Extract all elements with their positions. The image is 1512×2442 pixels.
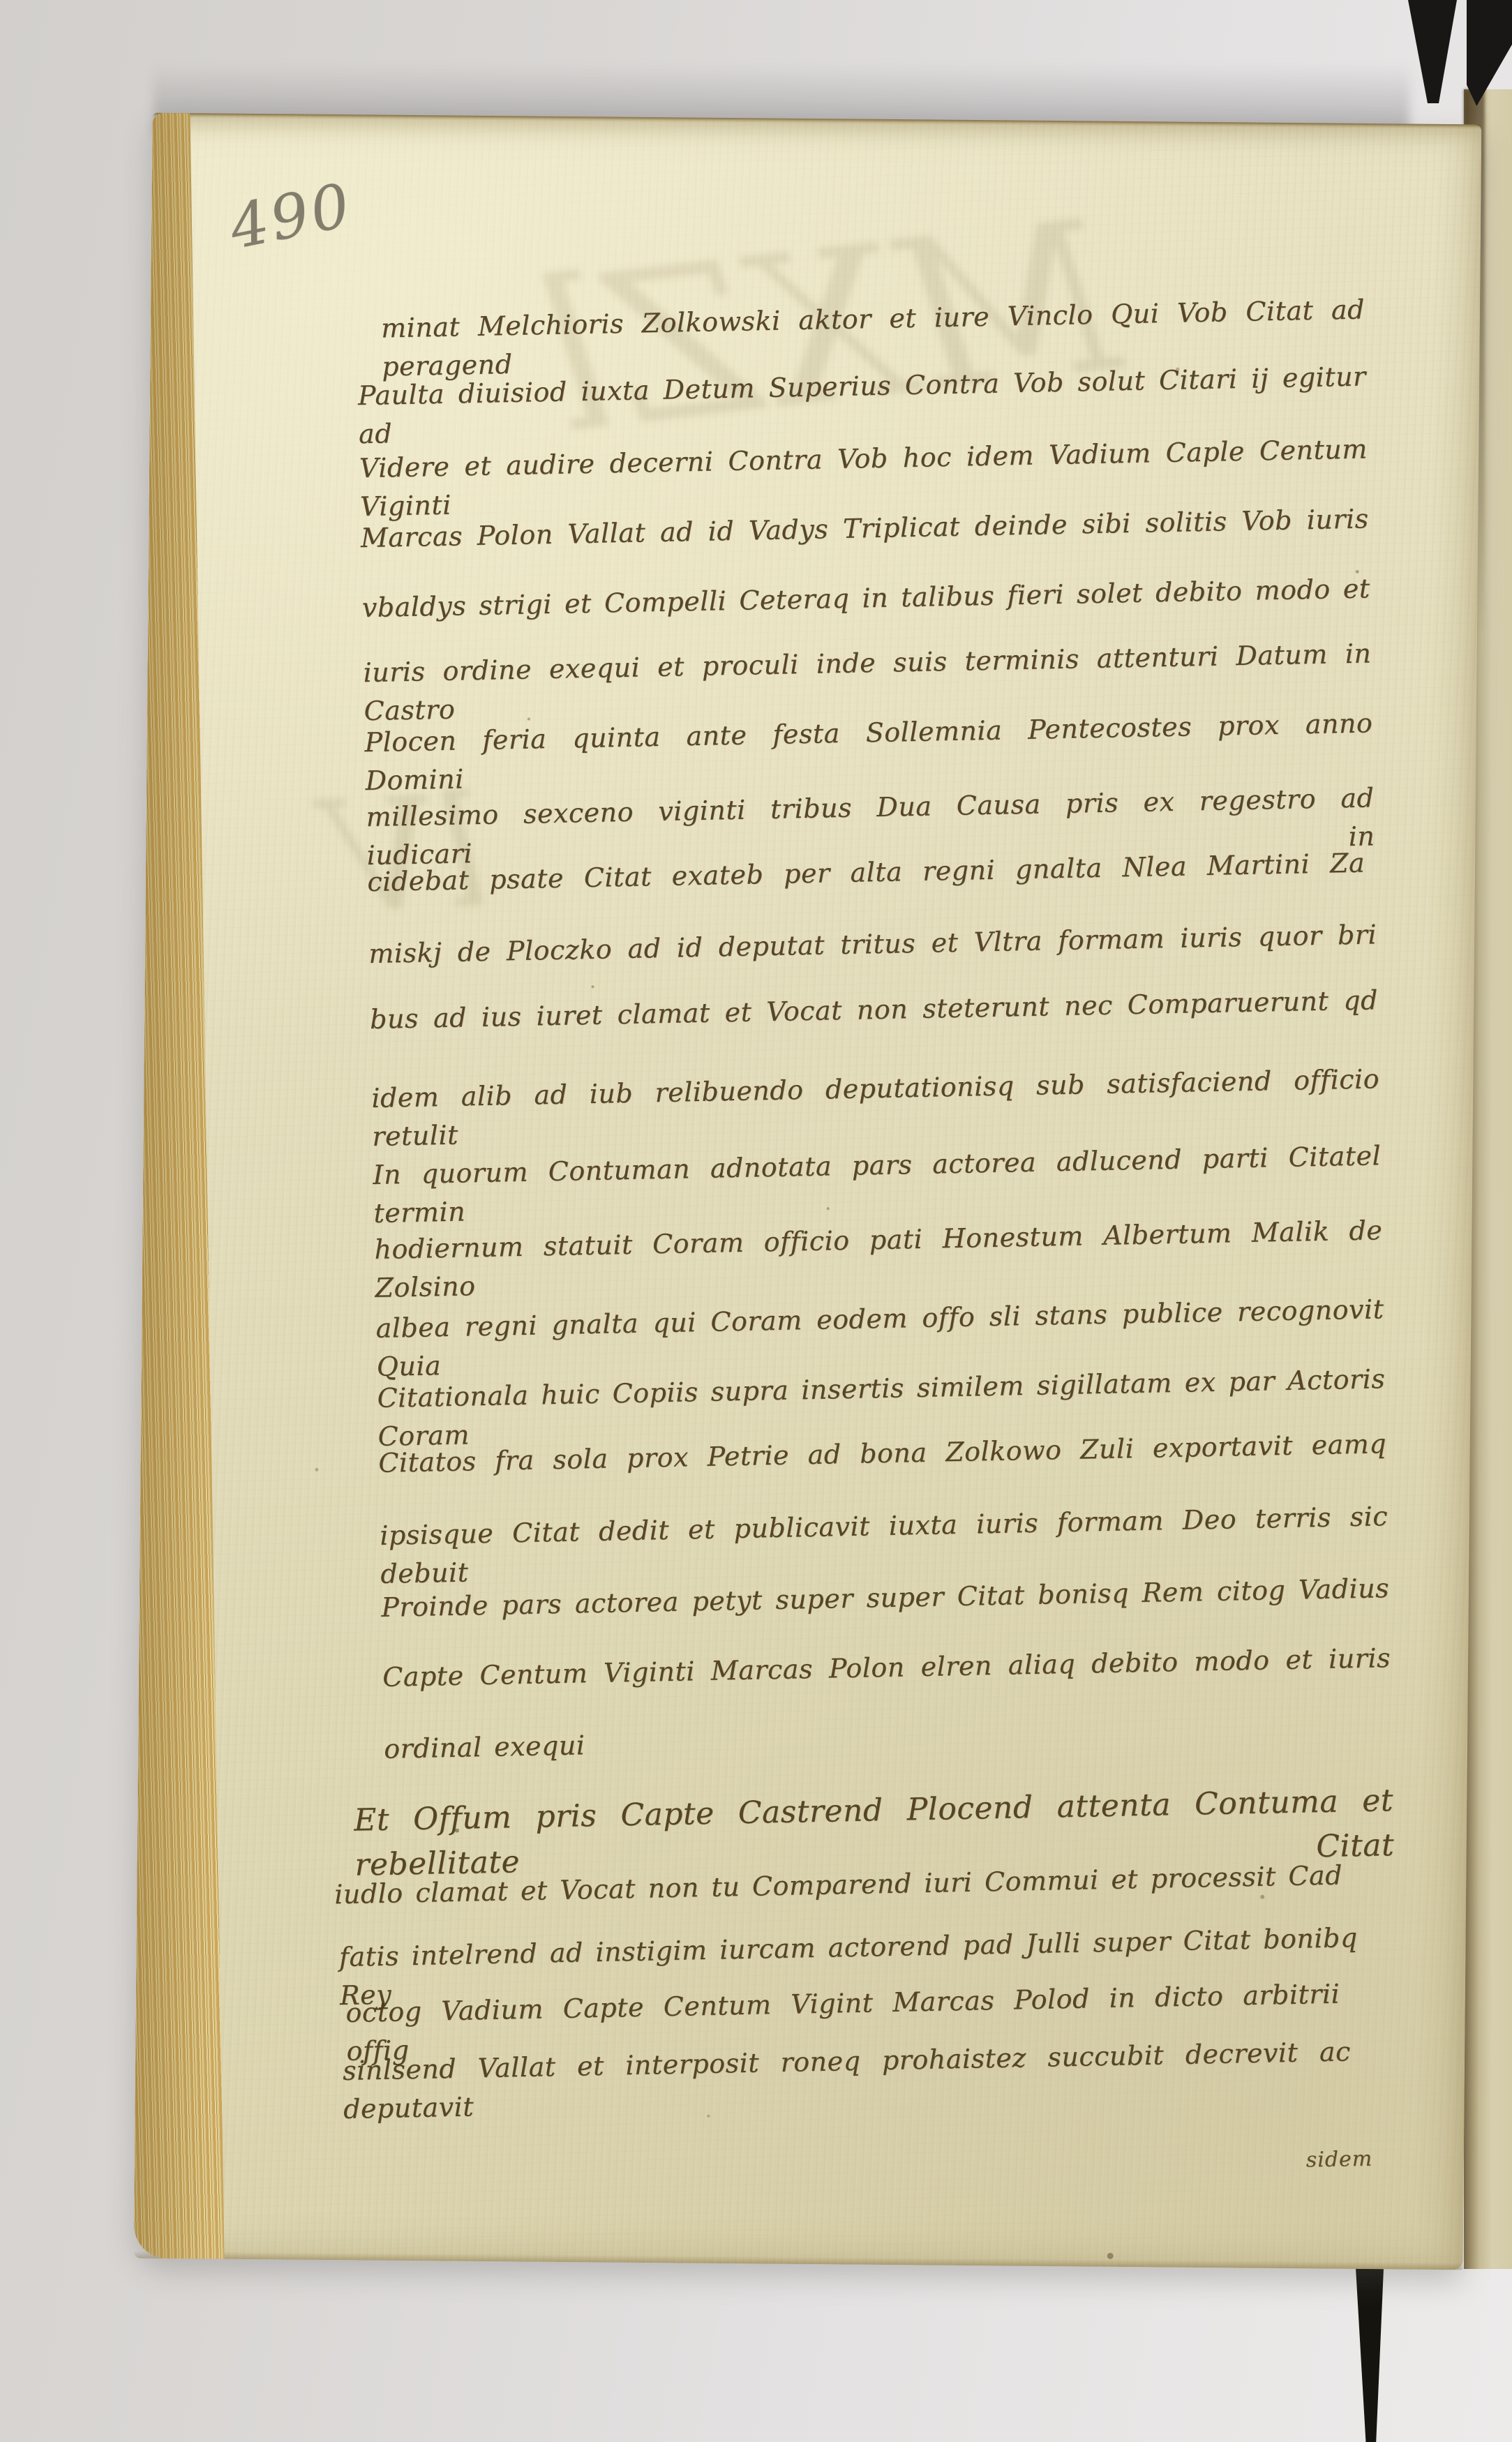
manuscript-line: iuris ordine exequi et proculi inde suis… xyxy=(363,634,1372,697)
paper-speck xyxy=(592,985,594,988)
manuscript-line: ipsisque Citat dedit et publicavit iuxta… xyxy=(380,1497,1389,1560)
manuscript-line: sinlsend Vallat et interposit roneq proh… xyxy=(343,2032,1352,2095)
manuscript-line: octog Vadium Capte Centum Vigint Marcas … xyxy=(345,1975,1340,2037)
manuscript-line: Citatos fra sola prox Petrie ad bona Zol… xyxy=(378,1425,1387,1488)
manuscript-line: Marcas Polon Vallat ad id Vadys Triplica… xyxy=(360,500,1369,562)
manuscript-line: In quorum Contuman adnotata pars actorea… xyxy=(373,1137,1382,1199)
manuscript-line: Capte Centum Viginti Marcas Polon elren … xyxy=(382,1639,1391,1702)
paper-speck xyxy=(527,717,530,720)
manuscript-line: Proinde pars actorea petyt super super C… xyxy=(381,1569,1390,1632)
paper-speck xyxy=(1356,570,1359,574)
manuscript-line: vbaldys strigi et Compelli Ceteraq in ta… xyxy=(361,569,1370,632)
manuscript-line: Citationala huic Copiis supra insertis s… xyxy=(377,1360,1386,1423)
paper-speck xyxy=(315,1468,318,1471)
book-cradle-edge-bottom xyxy=(1354,2265,1386,2442)
paper-speck xyxy=(707,2115,710,2118)
manuscript-line: Plocen feria quinta ante festa Sollemnia… xyxy=(364,704,1373,767)
manuscript-line: bus ad ius iuret clamat et Vocat non ste… xyxy=(370,981,1379,1044)
manuscript-line: idem alib ad iub relibuendo deputationis… xyxy=(371,1060,1380,1123)
paper-speck xyxy=(1176,368,1179,371)
manuscript-line: millesimo sexceno viginti tribus Dua Cau… xyxy=(366,779,1375,841)
paper-speck xyxy=(455,1829,459,1833)
manuscript-line: hodiernum statuit Coram officio pati Hon… xyxy=(374,1211,1383,1274)
manuscript-line: albea regni gnalta qui Coram eodem offo … xyxy=(375,1290,1384,1353)
manuscript-line: fatis intelrend ad instigim iurcam actor… xyxy=(338,1919,1358,1982)
paper-speck xyxy=(1107,2253,1114,2259)
catchword: sidem xyxy=(1306,2149,1373,2171)
photographed-manuscript-scene: 490 sidem minat Melchioris Zolkowski akt… xyxy=(0,0,1512,2442)
paper-speck xyxy=(1260,1895,1264,1899)
manuscript-line: minat Melchioris Zolkowski aktor et iure… xyxy=(381,290,1365,352)
paper-speck xyxy=(827,1207,830,1210)
manuscript-page: 490 sidem minat Melchioris Zolkowski akt… xyxy=(134,113,1482,2270)
text-block: sidem minat Melchioris Zolkowski aktor e… xyxy=(123,106,1493,2277)
manuscript-line: Videre et audire decerni Contra Vob hoc … xyxy=(359,430,1368,493)
manuscript-line: miskj de Ploczko ad id deputat tritus et… xyxy=(368,915,1377,978)
manuscript-line: Et Offum pris Capte Castrend Plocend att… xyxy=(354,1778,1394,1842)
manuscript-line: ordinal exequi xyxy=(384,1726,585,1774)
